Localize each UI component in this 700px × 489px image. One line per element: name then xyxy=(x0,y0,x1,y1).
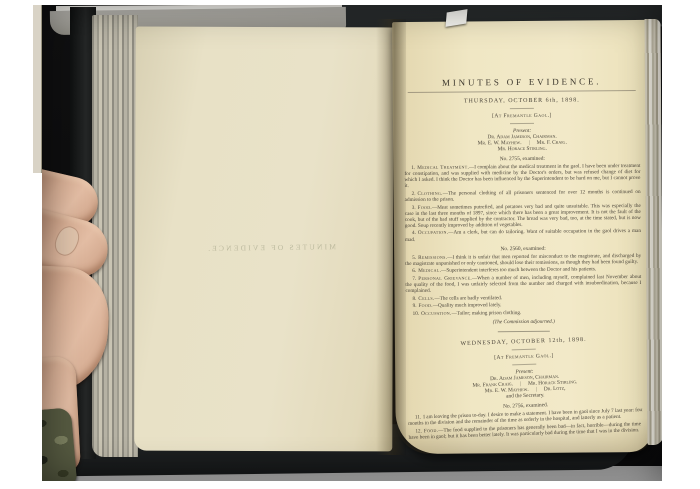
item-text: —Superintendent interferes too much betw… xyxy=(441,267,596,274)
rule xyxy=(512,349,536,351)
page-stack-right-edge xyxy=(645,19,662,445)
item-topic: Food. xyxy=(424,428,439,434)
printed-page-content: MINUTES OF EVIDENCE. THURSDAY, OCTOBER 6… xyxy=(404,76,643,449)
title-rule xyxy=(408,90,636,93)
testimony-item: 2.Clothing.—The personal clothing of all… xyxy=(405,189,641,203)
item-topic: Cells. xyxy=(418,295,434,301)
divider-bar: | xyxy=(520,381,521,387)
item-text: —The food supplied to the prisoners has … xyxy=(409,421,643,441)
item-topic: Food. xyxy=(418,303,432,309)
gutter-shadow xyxy=(376,19,406,455)
book-edge-sliver xyxy=(33,5,42,173)
section-divider-rule xyxy=(498,331,550,332)
page-title: MINUTES OF EVIDENCE. xyxy=(404,76,640,88)
item-topic: Occupation. xyxy=(418,230,448,236)
right-page: MINUTES OF EVIDENCE. THURSDAY, OCTOBER 6… xyxy=(392,20,652,454)
item-number: 10. xyxy=(413,311,420,317)
adjournment-note: (The Commission adjourned.) xyxy=(406,318,642,326)
item-topic: Medical. xyxy=(418,268,441,274)
witness-heading: No. 2755, examined: xyxy=(404,155,640,163)
session1-date: THURSDAY, OCTOBER 6th, 1898. xyxy=(404,97,640,105)
testimony-item: 4.Occupation.—Am a clerk, but can do tai… xyxy=(405,228,641,242)
photo-area: MINUTES OF EVIDENCE. MINUTES OF EVIDENCE… xyxy=(42,5,662,481)
book-digitization-photo: MINUTES OF EVIDENCE. MINUTES OF EVIDENCE… xyxy=(0,0,700,489)
rule xyxy=(512,364,536,366)
testimony-item: 1.Medical Treatment.—I complain about th… xyxy=(404,163,640,189)
divider-bar: | xyxy=(529,140,530,146)
item-number: 9. xyxy=(413,303,417,309)
testimony-item: 10.Occupation.—Tailor; making prison clo… xyxy=(406,309,642,317)
committee-member: Mr. Horace Stirling. xyxy=(404,145,640,153)
item-number: 6. xyxy=(412,268,416,274)
rule xyxy=(510,108,534,109)
item-text: —Meat sometimes putrefied, and potatoes … xyxy=(405,203,641,229)
rule xyxy=(510,123,534,124)
left-page: MINUTES OF EVIDENCE. xyxy=(134,27,393,452)
item-number: 8. xyxy=(413,296,417,302)
item-number: 12. xyxy=(415,428,422,434)
session2-date: WEDNESDAY, OCTOBER 12th, 1898. xyxy=(405,335,641,349)
item-text: —The cells are badly ventilated. xyxy=(435,295,503,302)
divider-bar: | xyxy=(536,387,537,393)
session2-location: [At Fremantle Gaol.] xyxy=(406,350,642,364)
committee-member: Dr. Lotz, xyxy=(544,386,566,393)
testimony-item: 3.Food.—Meat sometimes putrefied, and po… xyxy=(405,203,641,229)
testimony-item: 5.Remissions.—I think it is unfair that … xyxy=(405,253,641,267)
testimony-item: 12.Food.—The food supplied to the prison… xyxy=(408,421,643,441)
witness-heading: No. 2560, examined: xyxy=(405,245,641,253)
bleed-through-text: MINUTES OF EVIDENCE. xyxy=(181,242,361,254)
item-text: —Tailor; making prison clothing. xyxy=(452,310,522,317)
session1-location: [At Fremantle Gaol.] xyxy=(404,112,640,120)
item-text: —Quality much improved lately. xyxy=(433,302,502,309)
session2-block: WEDNESDAY, OCTOBER 12th, 1898. [At Frema… xyxy=(405,335,642,441)
item-topic: Occupation. xyxy=(421,310,451,316)
item-number: 11. xyxy=(415,414,421,420)
testimony-item: 7.Personal Grievance.—When a number of m… xyxy=(405,274,641,294)
